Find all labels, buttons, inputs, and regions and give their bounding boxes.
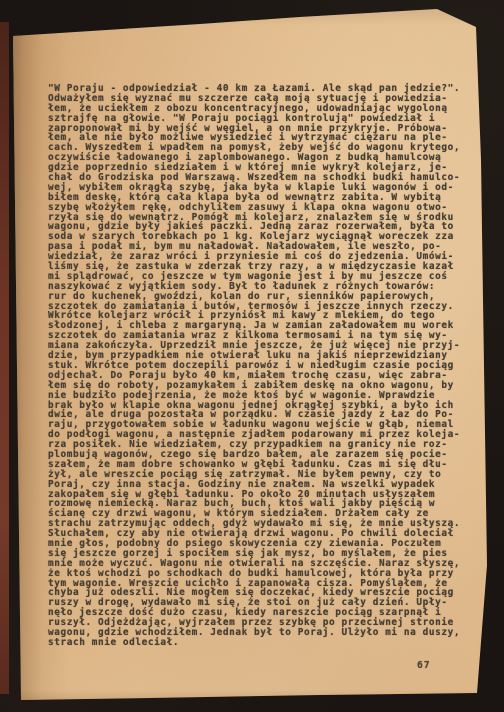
page-text: "W Poraju - odpowiedział - 40 km za Łaza… (48, 84, 472, 648)
scanned-book-photo: { "colors": { "scan_background": "#1a151… (0, 0, 504, 712)
text-line: strach mnie odleciał. (48, 638, 472, 648)
book-page: "W Poraju - odpowiedział - 40 km za Łaza… (0, 0, 504, 712)
page-number: 67 (417, 660, 431, 671)
book-spine-edge (0, 22, 9, 694)
